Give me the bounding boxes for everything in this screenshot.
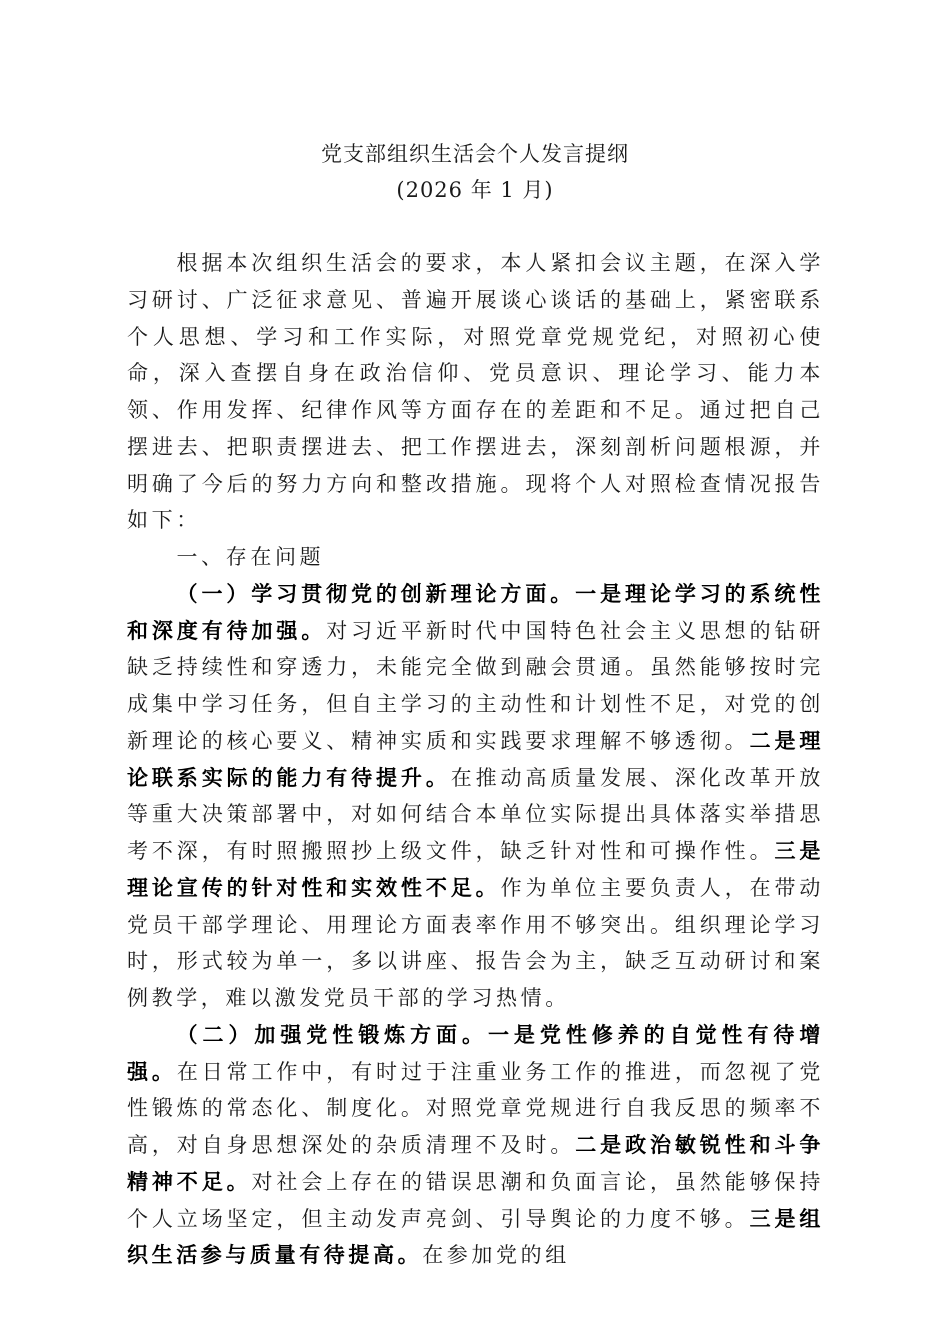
point-text: 在参加党的组 [422,1243,570,1267]
subsection-heading: （二）加强党性锻炼方面。 [177,1022,488,1047]
subsection-party-spirit: （二）加强党性锻炼方面。一是党性修养的自觉性有待增强。在日常工作中，有时过于注重… [127,1017,824,1274]
subsection-heading: （一）学习贯彻党的创新理论方面。 [177,581,576,606]
section-heading-problems: 一、存在问题 [127,539,824,576]
document-date: (2026 年 1 月) [0,172,950,208]
intro-paragraph: 根据本次组织生活会的要求，本人紧扣会议主题，在深入学习研讨、广泛征求意见、普遍开… [127,245,824,539]
subsection-theory-study: （一）学习贯彻党的创新理论方面。一是理论学习的系统性和深度有待加强。对习近平新时… [127,576,824,1017]
document-body: 根据本次组织生活会的要求，本人紧扣会议主题，在深入学习研讨、广泛征求意见、普遍开… [127,245,824,1274]
document-title: 党支部组织生活会个人发言提纲 [0,136,950,172]
document-page: 党支部组织生活会个人发言提纲 (2026 年 1 月) 根据本次组织生活会的要求… [0,0,950,1344]
